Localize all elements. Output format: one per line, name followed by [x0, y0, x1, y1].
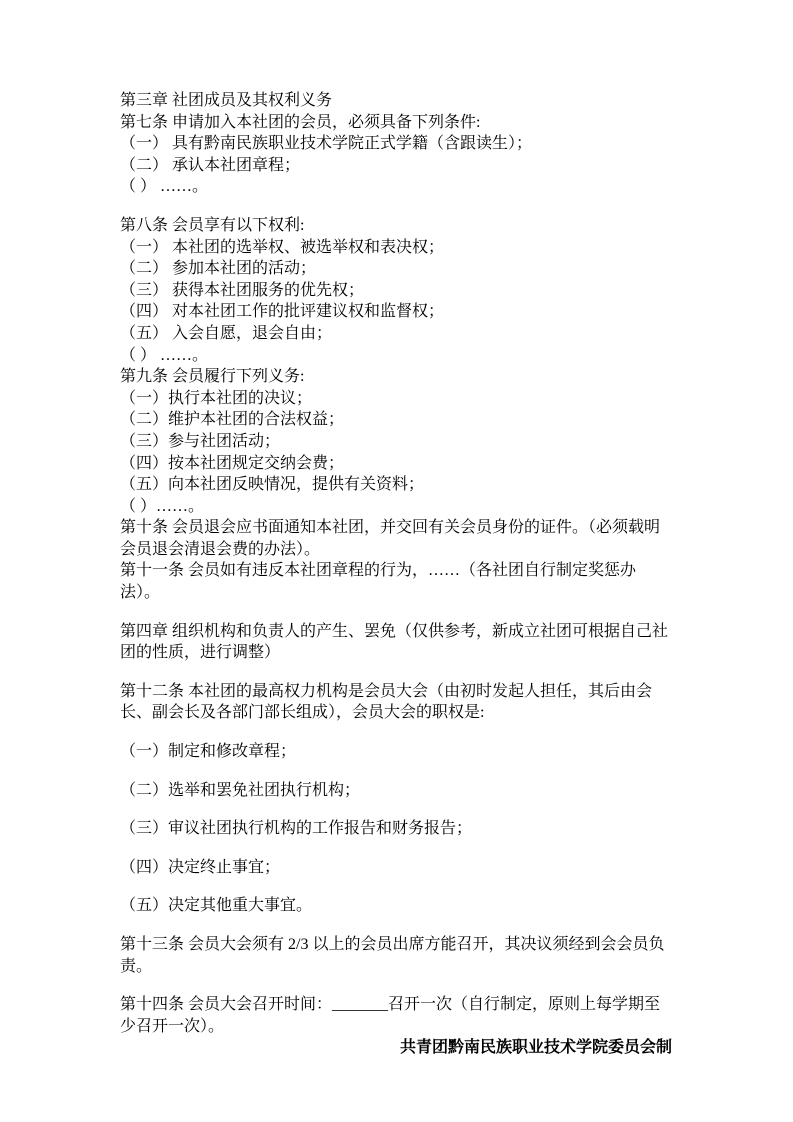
- blank-line: [120, 840, 672, 857]
- blank-line: [120, 878, 672, 895]
- paragraph: 第九条 会员履行下列义务:: [120, 366, 672, 388]
- signature-line: 共青团黔南民族职业技术学院委员会制: [120, 1037, 672, 1059]
- paragraph: 第七条 申请加入本社团的会员，必须具备下列条件:: [120, 112, 672, 134]
- paragraph: 第十三条 会员大会须有 2/3 以上的会员出席方能召开，其决议须经到会会员负责。: [120, 934, 672, 977]
- paragraph: （二） 参加本社团的活动；: [120, 258, 672, 280]
- paragraph: 第十二条 本社团的最高权力机构是会员大会（由初时发起人担任，其后由会长、副会长及…: [120, 681, 672, 724]
- paragraph: （ ）……。: [120, 496, 672, 518]
- paragraph: 第三章 社团成员及其权利义务: [120, 90, 672, 112]
- paragraph: （五）向本社团反映情况，提供有关资料；: [120, 474, 672, 496]
- blank-line: [120, 763, 672, 780]
- paragraph: （二）选举和罢免社团执行机构；: [120, 780, 672, 802]
- paragraph: 第十一条 会员如有违反本社团章程的行为，……（各社团自行制定奖惩办法）。: [120, 560, 672, 603]
- paragraph: （一）制定和修改章程；: [120, 741, 672, 763]
- blank-line: [120, 977, 672, 994]
- paragraph: （五）决定其他重大事宜。: [120, 895, 672, 917]
- paragraph: （二） 承认本社团章程；: [120, 155, 672, 177]
- paragraph: （三）参与社团活动；: [120, 431, 672, 453]
- paragraph: （一）执行本社团的决议；: [120, 388, 672, 410]
- blank-line: [120, 664, 672, 681]
- paragraph: （三） 获得本社团服务的优先权；: [120, 280, 672, 302]
- blank-line: [120, 917, 672, 934]
- paragraph: （四）按本社团规定交纳会费；: [120, 453, 672, 475]
- paragraph: 第八条 会员享有以下权利:: [120, 215, 672, 237]
- paragraph: （ ） ……。: [120, 176, 672, 198]
- paragraph: （三）审议社团执行机构的工作报告和财务报告；: [120, 818, 672, 840]
- blank-line: [120, 801, 672, 818]
- paragraph: （一） 本社团的选举权、被选举权和表决权；: [120, 237, 672, 259]
- document-page: 第三章 社团成员及其权利义务第七条 申请加入本社团的会员，必须具备下列条件:（一…: [0, 0, 793, 1122]
- paragraph: （四） 对本社团工作的批评建议权和监督权；: [120, 301, 672, 323]
- blank-line: [120, 724, 672, 741]
- paragraph: （四）决定终止事宜；: [120, 857, 672, 879]
- blank-line: [120, 198, 672, 215]
- blank-line: [120, 604, 672, 621]
- paragraph: 第十四条 会员大会召开时间：_______召开一次（自行制定，原则上每学期至少召…: [120, 994, 672, 1037]
- paragraph: （二）维护本社团的合法权益；: [120, 409, 672, 431]
- paragraph: 第十条 会员退会应书面通知本社团，并交回有关会员身份的证件。（必须载明会员退会清…: [120, 517, 672, 560]
- paragraph: （一） 具有黔南民族职业技术学院正式学籍（含跟读生）；: [120, 133, 672, 155]
- document-body: 第三章 社团成员及其权利义务第七条 申请加入本社团的会员，必须具备下列条件:（一…: [120, 90, 672, 1059]
- paragraph: （五） 入会自愿，退会自由；: [120, 323, 672, 345]
- paragraph: 第四章 组织机构和负责人的产生、罢免（仅供参考，新成立社团可根据自己社团的性质，…: [120, 621, 672, 664]
- paragraph: （ ） ……。: [120, 345, 672, 367]
